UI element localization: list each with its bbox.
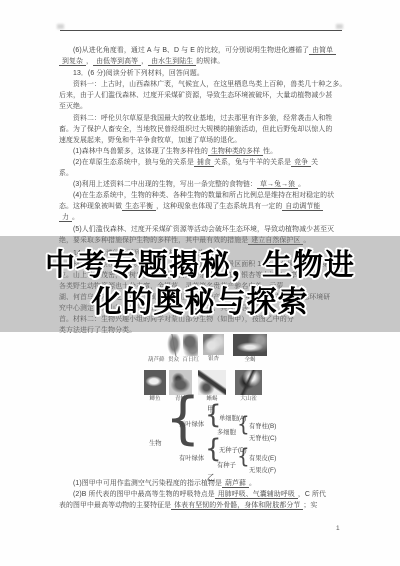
text-segment: (5)人们滥伐森林、过度开采煤矿资源等活动会破坏生态环境，导致动植物减少甚至灭 <box>73 226 334 233</box>
specimen-item: 葫芦藓 <box>148 334 165 363</box>
answer-blank: 葫芦藓 <box>222 480 249 488</box>
specimen-label: 银杏 <box>208 356 219 362</box>
text-line: 资料二：呼伦贝尔草原是我国最大的牧业基地，过去那里有许多狼，经常袭击人和牲 <box>59 113 345 124</box>
answer-blank: 由简单 <box>309 47 336 55</box>
text-line: (4)在生态系统中，生物的种类、各种生物的数量和所占比例总是维持在相对稳定的状 <box>59 190 345 201</box>
text-line: (6)从进化角度看，通过 A 与 B、D 与 E 的比较，可分别说明生物进化遵循… <box>59 45 345 56</box>
text-line: 系。 <box>59 168 345 179</box>
text-line: (2)B 所代表的图甲中最高等生物的呼吸特点是用肺呼吸、气囊辅助呼吸，C 所代 <box>59 489 345 500</box>
text-line: (5)人们滥伐森林、过度开采煤矿资源等活动会破坏生态环境，导致动植物减少甚至灭 <box>59 224 345 235</box>
text-segment: (1)图甲中可用作监测空气污染程度的指示植物是 <box>73 480 222 487</box>
brace-icon: { <box>237 421 250 428</box>
header-rule <box>60 30 342 31</box>
text-line: (3)利用上述资料二中出现的生物，写出一条完整的食物链：草→兔→狼。 <box>59 179 345 190</box>
text-line: 后来，由于人们滥伐森林、过度开采煤矿资源，导致生态环境被破坏，大量动植物减少甚 <box>59 90 345 101</box>
specimen-label: 鲫鱼 <box>149 396 160 402</box>
text-segment: 。 <box>249 480 256 487</box>
text-segment: (3)利用上述资料二中出现的生物，写出一条完整的食物链： <box>73 181 257 188</box>
specimen-photo <box>167 334 181 356</box>
tree-node-no-fruit-skin-F: 无果皮(F) <box>249 467 276 474</box>
classification-tree: { { { { { 生物 无叶绿体 单细胞(A) 多细胞 有脊柱(B) 无脊柱(… <box>145 412 315 478</box>
text-line: (1)图甲中可用作监测空气污染程度的指示植物是葫芦藓。 <box>59 478 345 489</box>
answer-blank: 体表有坚韧的外骨骼，身体和附肢都分节 <box>171 502 303 510</box>
specimen-photo <box>203 334 224 355</box>
text-segment: ， <box>86 58 93 65</box>
answer-blank: 草→兔→狼 <box>257 181 298 189</box>
watermark-overlay: 中考专题揭秘，生物进 化的奥秘与探索 <box>0 236 400 332</box>
specimen-row-2: 鲫鱼青蛙蜥蜴大山雀 <box>144 370 262 402</box>
text-segment: 后来，由于人们滥伐森林、过度开采煤矿资源，导致生态环境被破坏，大量动植物减少甚 <box>59 92 332 99</box>
text-line: (1)森林中鸟兽繁多，这体现了生物多样性的生物种类的多样性。 <box>59 146 345 157</box>
watermark-title-line2: 化的奥秘与探索 <box>92 284 309 321</box>
specimen-row-1: 葫芦藓贯众百日红银杏全蝎 <box>148 334 267 363</box>
text-line: 力。 <box>59 212 345 223</box>
text-line: 资料一：上古时，山西森林广袤，气候宜人，在这里栖息鸟类上百种，兽类几十种之多。 <box>59 79 345 90</box>
answer-blank: 用肺呼吸、气囊辅助呼吸 <box>215 491 298 499</box>
text-line: 至灭绝。 <box>59 101 345 112</box>
faint-header-mark-left <box>57 24 64 29</box>
specimen-item: 银杏 <box>203 334 224 362</box>
text-segment: 至灭绝。 <box>59 103 87 110</box>
specimen-label: 贯众 <box>168 357 179 363</box>
text-segment: (2)在草原生态系统中，狼与兔的关系是 <box>73 159 194 166</box>
tree-node-fruit-skin-E: 有果皮(E) <box>249 455 276 462</box>
tree-node-multicellular: 多细胞 <box>217 429 236 436</box>
page-number: 1 <box>336 525 340 532</box>
answer-text-block: (1)图甲中可用作监测空气污染程度的指示植物是葫芦藓。(2)B 所代表的图甲中最… <box>59 478 345 511</box>
tree-node-spine-B: 有脊柱(B) <box>249 423 276 430</box>
text-line: 到复杂，由低等到高等，由水生到陆生的规律。 <box>59 56 345 67</box>
answer-blank: 捕食 <box>194 159 214 167</box>
watermark-title-line1: 中考专题揭秘，生物进 <box>45 247 355 284</box>
specimen-label: 百日红 <box>183 357 200 363</box>
text-segment: (6)从进化角度看，通过 A 与 B、D 与 E 的比较，可分别说明生物进化遵循… <box>73 47 309 54</box>
text-line: 速度发展起来，野兔和牛羊争食牧草，加速了草场的退化。 <box>59 135 345 146</box>
specimen-photo <box>148 334 164 356</box>
tree-branch-no-chloroplast: 无叶绿体 <box>179 421 204 428</box>
answer-blank: 到复杂 <box>59 58 86 66</box>
text-segment: (2)B 所代表的图甲中最高等生物的呼吸特点是 <box>73 491 215 498</box>
specimen-label: 葫芦藓 <box>148 357 165 363</box>
text-segment: ；实 <box>303 502 317 509</box>
text-segment: 资料二：呼伦贝尔草原是我国最大的牧业基地，过去那里有许多狼，经常袭击人和牲 <box>73 115 332 122</box>
specimen-label: 大山雀 <box>240 396 257 402</box>
text-segment: 畜。为了保护人畜安全，当地牧民曾经组织过大规模的捕狼活动，但此后野兔却以惊人的 <box>59 126 332 133</box>
specimen-item: 贯众 <box>167 334 181 363</box>
specimen-item: 全蝎 <box>233 334 267 363</box>
specimen-photo <box>144 370 166 395</box>
text-segment: 速度发展起来，野兔和牛羊争食牧草，加速了草场的退化。 <box>59 137 241 144</box>
text-segment: (1)森林中鸟兽繁多，这体现了生物多样性的 <box>73 148 208 155</box>
faint-header-mark-right <box>336 24 343 29</box>
tree-node-no-spine-C: 无脊柱(C) <box>249 435 277 442</box>
text-segment: 资料一：上古时，山西森林广袤，气候宜人，在这里栖息鸟类上百种，兽类几十种之多。 <box>73 81 346 88</box>
text-segment: 关 <box>311 159 318 166</box>
tree-node-unicellular-A: 单细胞(A) <box>219 415 246 422</box>
text-line: 畜。为了保护人畜安全，当地牧民曾经组织过大规模的捕狼活动，但此后野兔却以惊人的 <box>59 124 345 135</box>
specimen-item: 蜥蜴 <box>198 370 226 402</box>
scanned-exam-page: (6)从进化角度看，通过 A 与 B、D 与 E 的比较，可分别说明生物进化遵循… <box>0 0 400 566</box>
answer-blank: 由水生到陆生 <box>148 58 196 66</box>
text-segment: 表的图甲中最高等动物的主要特征是 <box>59 502 171 509</box>
text-segment: 系。 <box>59 170 73 177</box>
text-segment: ，这种现象也体现了生态系统具有一定的 <box>156 203 282 210</box>
specimen-photo <box>198 370 226 395</box>
text-segment: 态。这种现象被叫做 <box>59 203 122 210</box>
text-segment: 。 <box>298 181 305 188</box>
specimen-photo <box>235 370 262 395</box>
text-line: 13．(6 分)阅读分析下列材料，回答问题。 <box>59 68 345 79</box>
tree-node-no-seed-D: 无种子(D) <box>219 447 247 454</box>
text-segment: 关系，兔与牛羊的关系是 <box>214 159 291 166</box>
answer-blank: 自动调节能 <box>282 203 323 211</box>
text-segment: 的规律。 <box>196 58 224 65</box>
answer-blank: 力 <box>59 214 72 222</box>
text-segment: ，C 所代 <box>298 491 326 498</box>
answer-blank: 由低等到高等 <box>93 58 141 66</box>
tree-branch-chloroplast: 有叶绿体 <box>179 455 204 462</box>
answer-blank: 生物种类的多样 <box>208 148 263 156</box>
specimen-item: 大山雀 <box>235 370 262 402</box>
answer-blank: 竞争 <box>291 159 311 167</box>
answer-blank: 生态平衡 <box>122 203 156 211</box>
specimen-label: 全蝎 <box>245 357 256 363</box>
text-segment: 性。 <box>263 148 277 155</box>
specimen-item: 百日红 <box>183 334 200 363</box>
text-line: (2)在草原生态系统中，狼与兔的关系是捕食关系，兔与牛羊的关系是竞争关 <box>59 157 345 168</box>
specimen-item: 鲫鱼 <box>144 370 166 402</box>
brace-icon: { <box>237 453 250 460</box>
tree-node-seed: 有种子 <box>217 462 236 469</box>
text-segment: (4)在生态系统中，生物的种类、各种生物的数量和所占比例总是维持在相对稳定的状 <box>73 192 334 199</box>
tree-root-label: 生物 <box>149 440 162 447</box>
text-segment: 13．(6 分)阅读分析下列材料，回答问题。 <box>73 70 204 77</box>
specimen-photo <box>183 334 198 356</box>
text-segment: 。 <box>72 214 79 221</box>
specimen-photo <box>233 334 267 356</box>
text-line: 表的图甲中最高等动物的主要特征是体表有坚韧的外骨骼，身体和附肢都分节；实 <box>59 500 345 511</box>
text-line: 态。这种现象被叫做生态平衡，这种现象也体现了生态系统具有一定的自动调节能 <box>59 201 345 212</box>
